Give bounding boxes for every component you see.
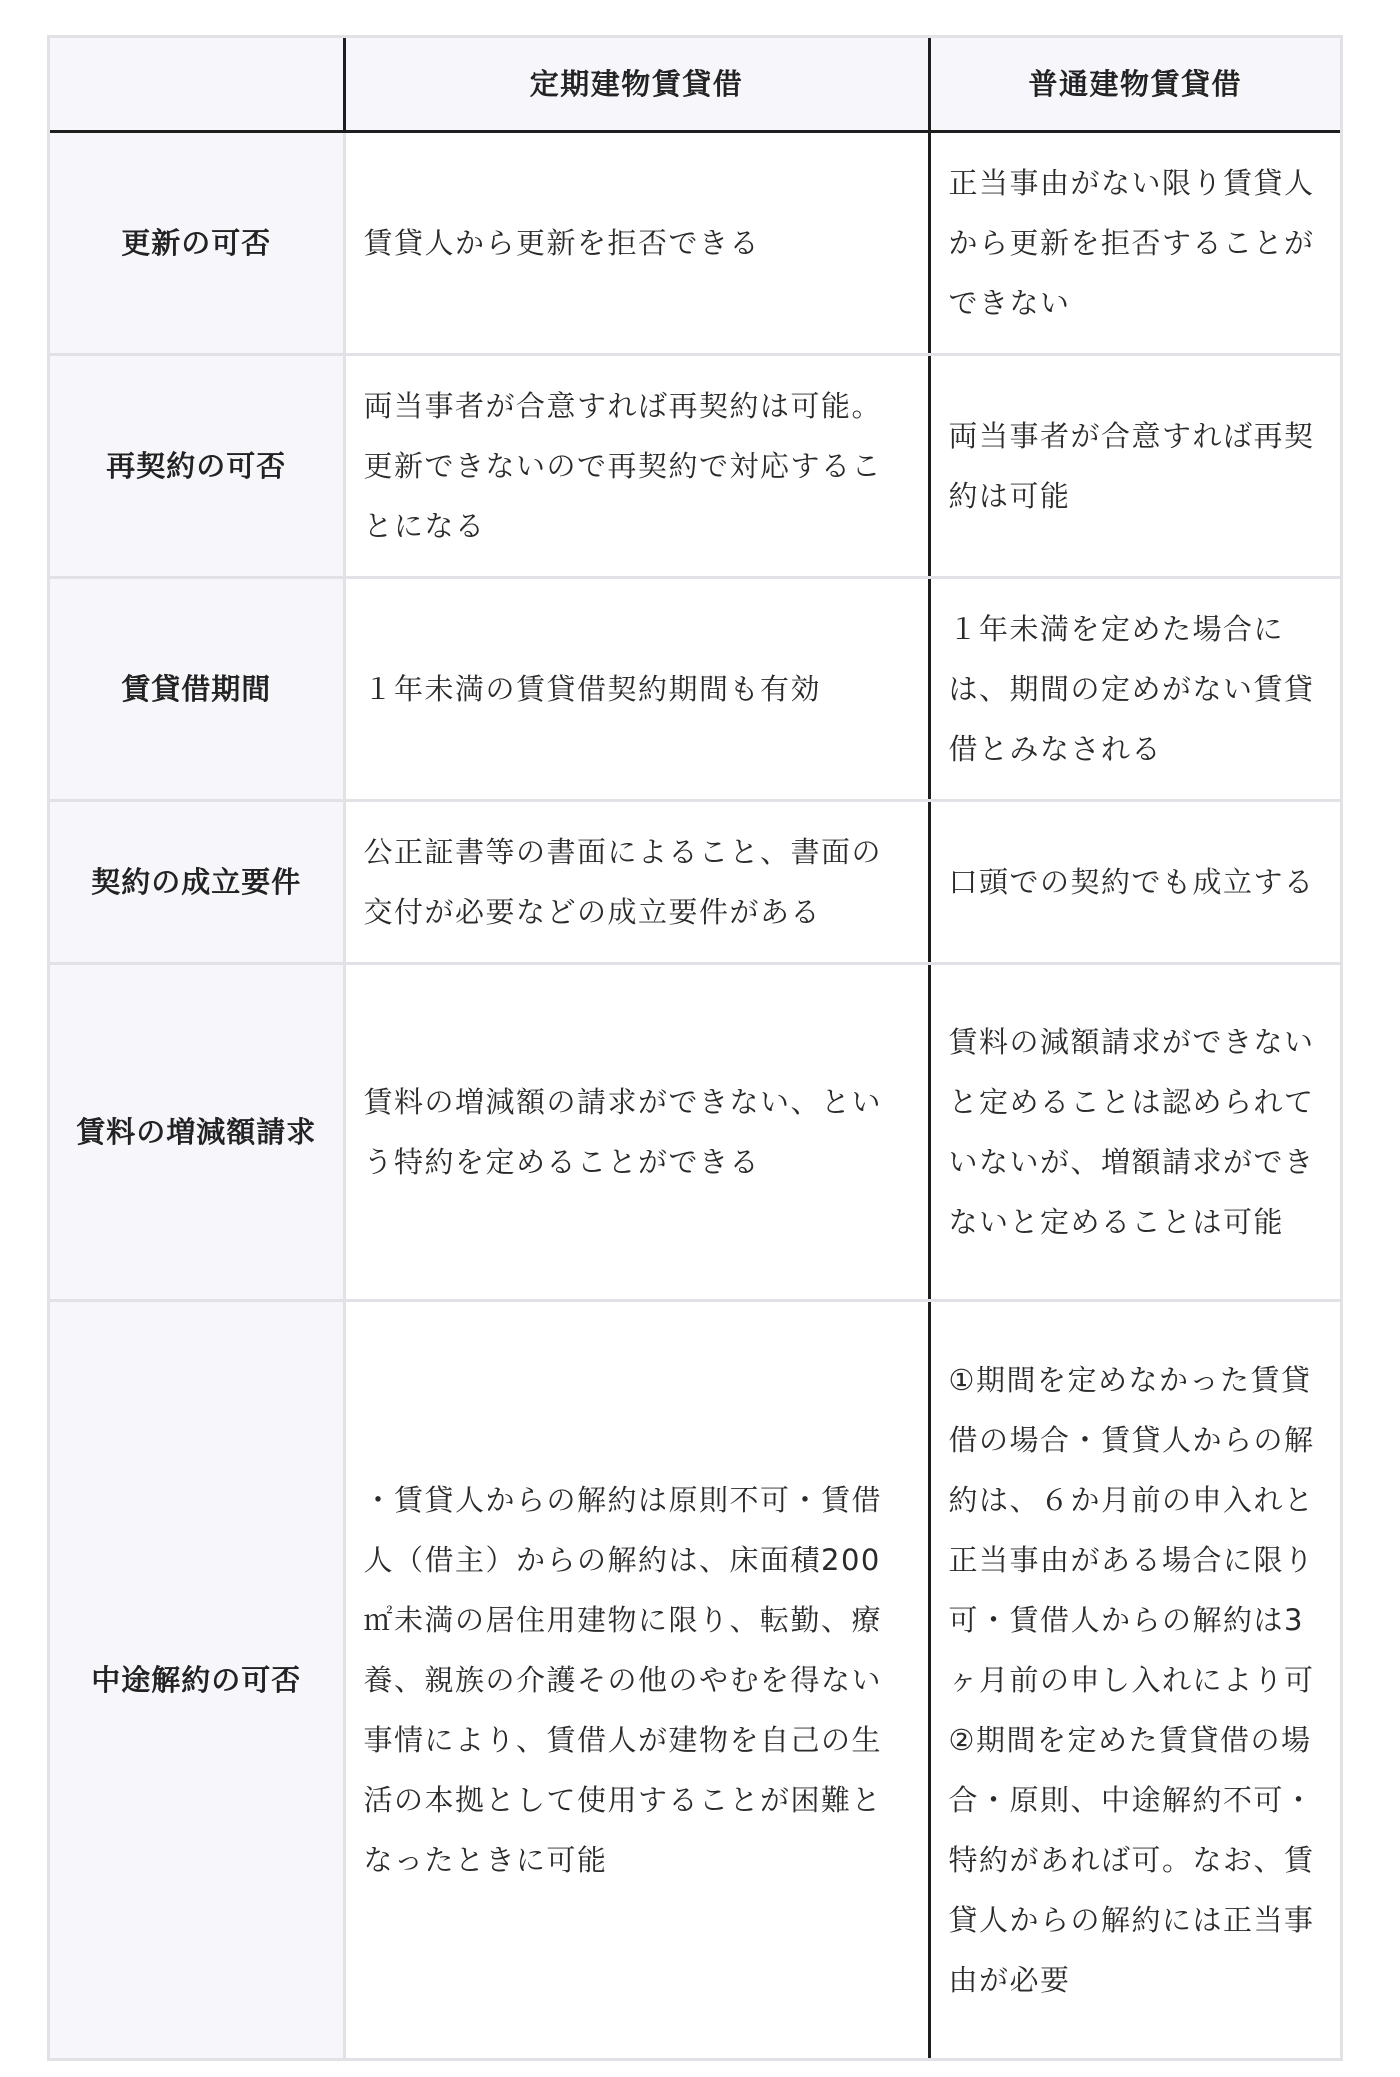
cell-ordinary: ①期間を定めなかった賃貸借の場合・賃貸人からの解約は、６か月前の申入れと正当事由… <box>929 1300 1340 2058</box>
row-label: 再契約の可否 <box>50 354 344 577</box>
cell-fixed-term: 賃貸人から更新を拒否できる <box>344 131 929 354</box>
table-row-rent-adjustment: 賃料の増減額請求 賃料の増減額の請求ができない、という特約を定めることができる … <box>50 963 1340 1300</box>
header-ordinary-lease: 普通建物賃貸借 <box>929 38 1340 131</box>
cell-ordinary: １年未満を定めた場合には、期間の定めがない賃貸借とみなされる <box>929 577 1340 800</box>
table-row-recontract: 再契約の可否 両当事者が合意すれば再契約は可能。更新できないので再契約で対応する… <box>50 354 1340 577</box>
comparison-table-container: 定期建物賃貸借 普通建物賃貸借 更新の可否 賃貸人から更新を拒否できる 正当事由… <box>47 35 1343 2061</box>
header-fixed-term-lease: 定期建物賃貸借 <box>344 38 929 131</box>
header-corner-cell <box>50 38 344 131</box>
cell-fixed-term: 公正証書等の書面によること、書面の交付が必要などの成立要件がある <box>344 800 929 963</box>
cell-fixed-term: １年未満の賃貸借契約期間も有効 <box>344 577 929 800</box>
row-label: 賃貸借期間 <box>50 577 344 800</box>
cell-fixed-term: 両当事者が合意すれば再契約は可能。更新できないので再契約で対応することになる <box>344 354 929 577</box>
cell-ordinary: 正当事由がない限り賃貸人から更新を拒否することができない <box>929 131 1340 354</box>
cell-ordinary: 口頭での契約でも成立する <box>929 800 1340 963</box>
cell-fixed-term: ・賃貸人からの解約は原則不可・賃借人（借主）からの解約は、床面積200㎡未満の居… <box>344 1300 929 2058</box>
cell-fixed-term: 賃料の増減額の請求ができない、という特約を定めることができる <box>344 963 929 1300</box>
table-row-renewal: 更新の可否 賃貸人から更新を拒否できる 正当事由がない限り賃貸人から更新を拒否す… <box>50 131 1340 354</box>
table-row-early-termination: 中途解約の可否 ・賃貸人からの解約は原則不可・賃借人（借主）からの解約は、床面積… <box>50 1300 1340 2058</box>
row-label: 賃料の増減額請求 <box>50 963 344 1300</box>
header-row: 定期建物賃貸借 普通建物賃貸借 <box>50 38 1340 131</box>
lease-comparison-table: 定期建物賃貸借 普通建物賃貸借 更新の可否 賃貸人から更新を拒否できる 正当事由… <box>50 38 1340 2058</box>
row-label: 中途解約の可否 <box>50 1300 344 2058</box>
table-row-formation-requirements: 契約の成立要件 公正証書等の書面によること、書面の交付が必要などの成立要件がある… <box>50 800 1340 963</box>
cell-ordinary: 賃料の減額請求ができないと定めることは認められていないが、増額請求ができないと定… <box>929 963 1340 1300</box>
row-label: 更新の可否 <box>50 131 344 354</box>
cell-ordinary: 両当事者が合意すれば再契約は可能 <box>929 354 1340 577</box>
table-row-lease-period: 賃貸借期間 １年未満の賃貸借契約期間も有効 １年未満を定めた場合には、期間の定め… <box>50 577 1340 800</box>
row-label: 契約の成立要件 <box>50 800 344 963</box>
